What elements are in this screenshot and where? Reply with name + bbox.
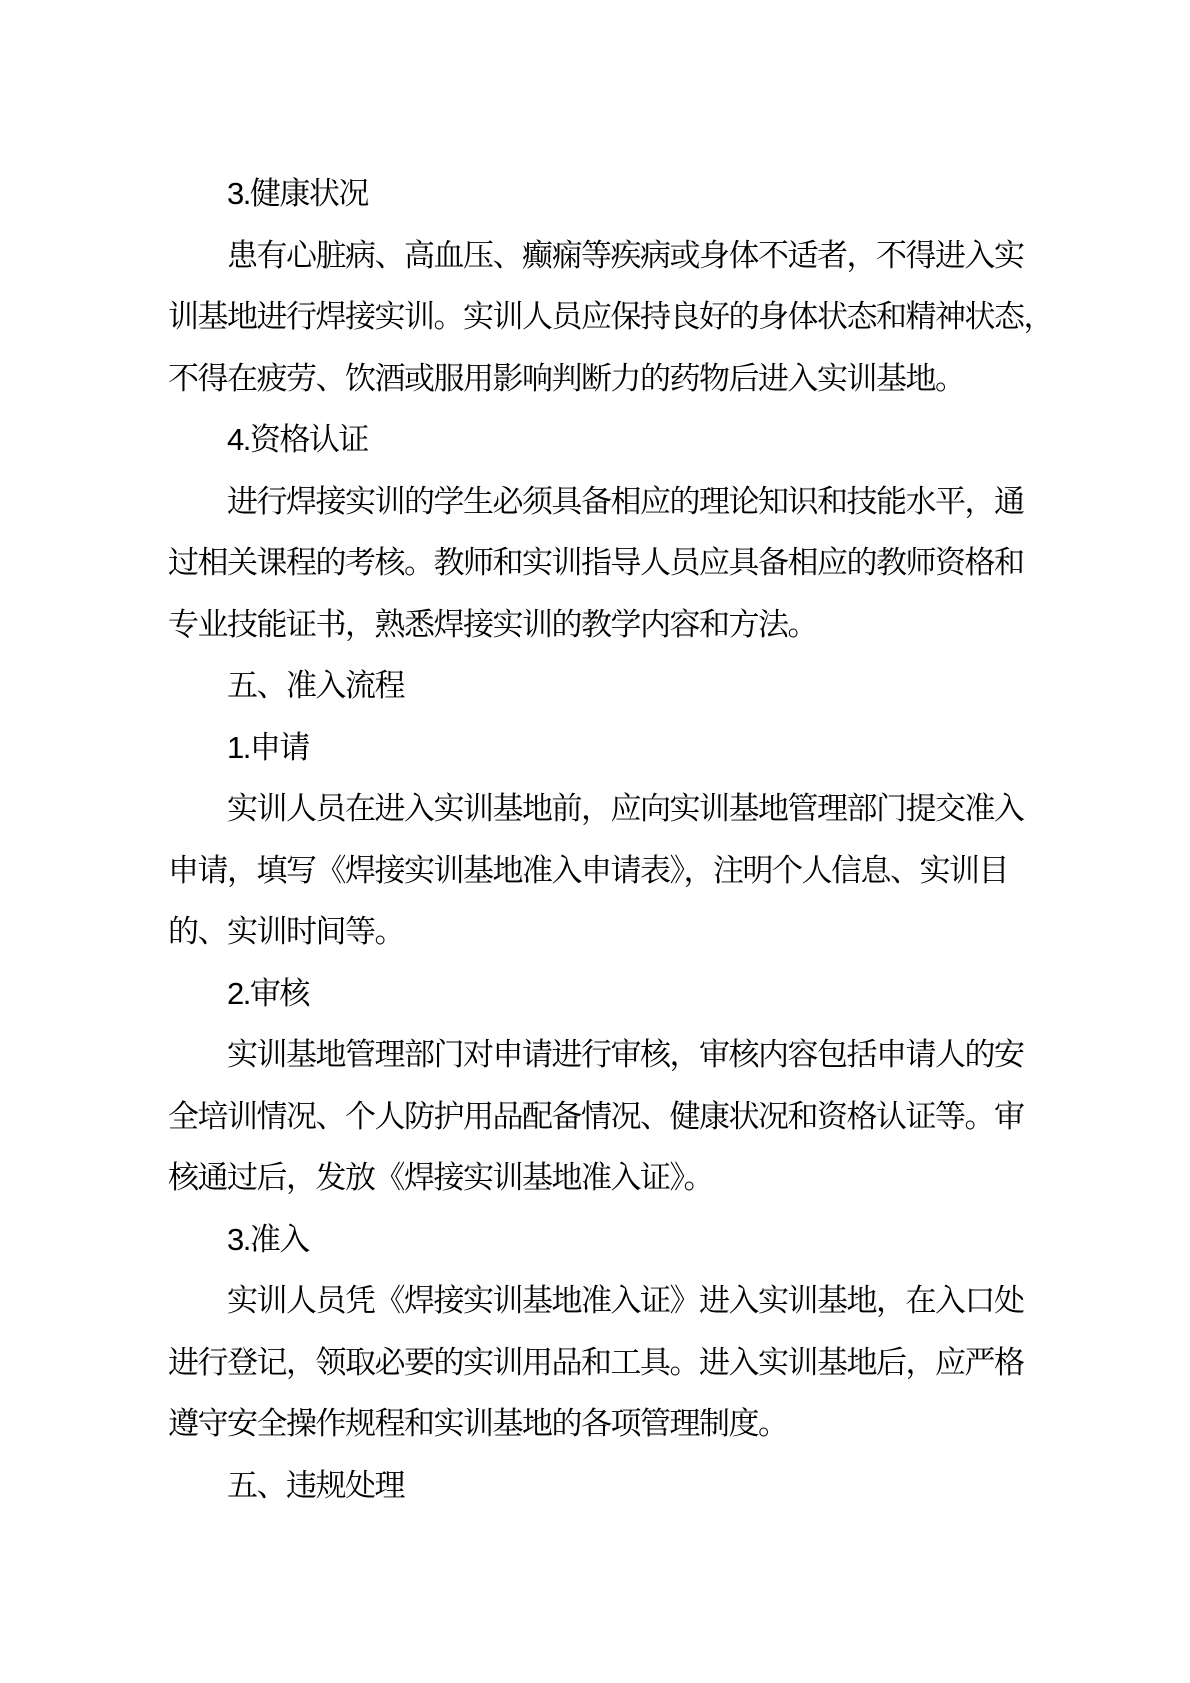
para-application-line-2: 申请，填写《焊接实训基地准入申请表》，注明个人信息、实训目 [168, 840, 1022, 902]
heading-admission-process: 五、准入流程 [168, 655, 1022, 717]
para-qualification-line-1: 进行焊接实训的学生必须具备相应的理论知识和技能水平，通 [168, 471, 1022, 533]
heading-violation-handling: 五、违规处理 [168, 1455, 1022, 1517]
para-admission-line-1: 实训人员凭《焊接实训基地准入证》进入实训基地，在入口处 [168, 1270, 1022, 1332]
para-health-line-2: 训基地进行焊接实训。实训人员应保持良好的身体状态和精神状态， [168, 286, 1022, 348]
para-qualification-line-2: 过相关课程的考核。教师和实训指导人员应具备相应的教师资格和 [168, 532, 1022, 594]
heading-qualification: 4.资格认证 [168, 409, 1022, 471]
heading-admission: 3.准入 [168, 1209, 1022, 1271]
document-body: 3.健康状况 患有心脏病、高血压、癫痫等疾病或身体不适者，不得进入实 训基地进行… [168, 163, 1022, 1516]
para-admission-line-3: 遵守安全操作规程和实训基地的各项管理制度。 [168, 1393, 1022, 1455]
para-application-line-1: 实训人员在进入实训基地前，应向实训基地管理部门提交准入 [168, 778, 1022, 840]
para-health-line-1: 患有心脏病、高血压、癫痫等疾病或身体不适者，不得进入实 [168, 225, 1022, 287]
para-qualification-line-3: 专业技能证书，熟悉焊接实训的教学内容和方法。 [168, 594, 1022, 656]
heading-health-status: 3.健康状况 [168, 163, 1022, 225]
para-review-line-1: 实训基地管理部门对申请进行审核，审核内容包括申请人的安 [168, 1024, 1022, 1086]
document-page: 3.健康状况 患有心脏病、高血压、癫痫等疾病或身体不适者，不得进入实 训基地进行… [0, 0, 1190, 1683]
heading-application: 1.申请 [168, 717, 1022, 779]
para-application-line-3: 的、实训时间等。 [168, 901, 1022, 963]
para-admission-line-2: 进行登记，领取必要的实训用品和工具。进入实训基地后，应严格 [168, 1332, 1022, 1394]
para-review-line-3: 核通过后，发放《焊接实训基地准入证》。 [168, 1147, 1022, 1209]
para-health-line-3: 不得在疲劳、饮酒或服用影响判断力的药物后进入实训基地。 [168, 348, 1022, 410]
heading-review: 2.审核 [168, 963, 1022, 1025]
para-review-line-2: 全培训情况、个人防护用品配备情况、健康状况和资格认证等。审 [168, 1086, 1022, 1148]
